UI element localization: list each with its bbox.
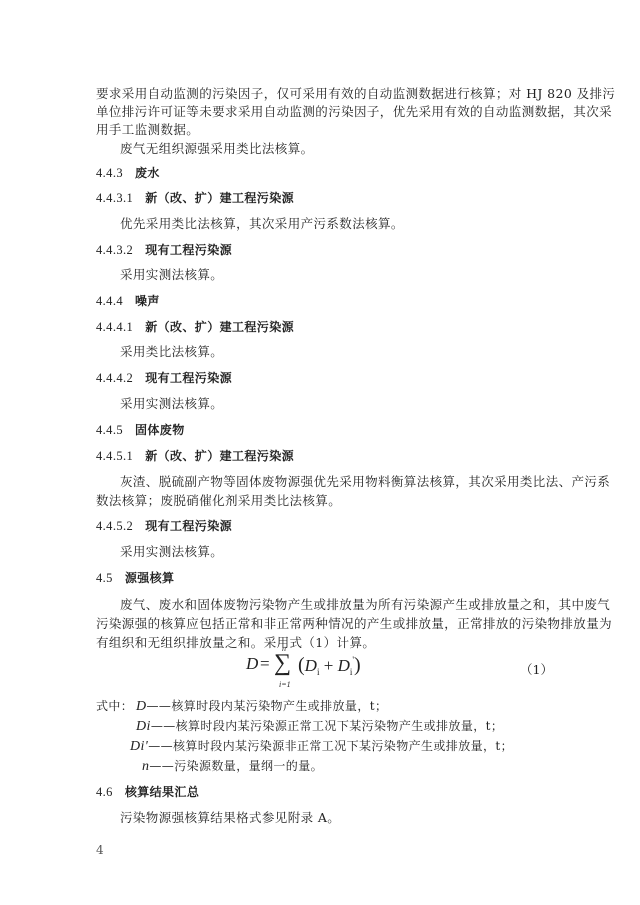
page-number: 4 — [96, 843, 104, 857]
section-body: 采用实测法核算。 — [120, 267, 223, 283]
section-heading-4-4-3-1: 4.4.3.1新（改、扩）建工程污染源 — [96, 190, 294, 206]
section-body: 废气、废水和固体废物污染物产生或排放量为所有污染源产生或排放量之和，其中废气 — [120, 597, 610, 613]
section-body: 采用实测法核算。 — [120, 396, 223, 412]
definition-item: Di——核算时段内某污染源正常工况下某污染物产生或排放量，t； — [136, 718, 503, 735]
paragraph-line: 单位排污许可证等未要求采用自动监测的污染因子，优先采用有效的自动监测数据，其次采 — [96, 104, 612, 120]
section-title: 新（改、扩）建工程污染源 — [145, 320, 294, 334]
section-number: 4.4.5.1 — [96, 449, 133, 463]
paragraph-line: 要求采用自动监测的污染因子，仅可采用有效的自动监测数据进行核算；对 HJ 820… — [96, 86, 615, 102]
section-body: 采用类比法核算。 — [120, 344, 223, 360]
section-heading-4-4-4-1: 4.4.4.1新（改、扩）建工程污染源 — [96, 319, 294, 335]
section-number: 4.4.4.2 — [96, 371, 133, 385]
section-title: 现有工程污染源 — [145, 371, 232, 385]
section-heading-4-4-3-2: 4.4.3.2现有工程污染源 — [96, 242, 232, 258]
section-heading-4-4-4-2: 4.4.4.2现有工程污染源 — [96, 370, 232, 386]
section-heading-4-4-5-1: 4.4.5.1新（改、扩）建工程污染源 — [96, 448, 294, 464]
definitions-intro: 式中： — [96, 698, 133, 714]
formula-lhs: D — [246, 654, 258, 674]
section-number: 4.4.5 — [96, 423, 123, 437]
section-title: 现有工程污染源 — [145, 519, 232, 533]
section-title: 源强核算 — [125, 571, 175, 585]
definition-item: Di'——核算时段内某污染源非正常工况下某污染物产生或排放量，t； — [130, 738, 513, 755]
section-title: 固体废物 — [135, 423, 185, 437]
equation-number: （1） — [520, 660, 553, 678]
section-heading-4-6: 4.6核算结果汇总 — [96, 784, 199, 800]
section-title: 新（改、扩）建工程污染源 — [145, 449, 294, 463]
section-title: 新（改、扩）建工程污染源 — [145, 191, 294, 205]
section-title: 废水 — [135, 166, 160, 180]
section-heading-4-5: 4.5源强核算 — [96, 570, 174, 586]
section-body: 有组织和无组织排放量之和。采用式（1）计算。 — [96, 635, 375, 651]
section-body: 优先采用类比法核算，其次采用产污系数法核算。 — [120, 216, 404, 232]
section-body: 污染物源强核算结果格式参见附录 A。 — [120, 810, 340, 826]
formula-upper-limit: n — [282, 644, 286, 653]
section-number: 4.4.3.1 — [96, 191, 133, 205]
formula-summand: (Di + Di') — [298, 654, 361, 677]
definition-item: n——污染源数量，量纲一的量。 — [142, 758, 323, 775]
section-heading-4-4-4: 4.4.4噪声 — [96, 293, 160, 309]
formula-lower-limit: i=1 — [279, 680, 291, 689]
definition-item: D——核算时段内某污染物产生或排放量，t； — [136, 698, 387, 715]
section-title: 现有工程污染源 — [145, 243, 232, 257]
section-number: 4.4.4.1 — [96, 320, 133, 334]
paragraph-line: 废气无组织源强采用类比法核算。 — [120, 141, 314, 157]
sigma-icon: ∑ — [274, 650, 291, 677]
section-heading-4-4-5: 4.4.5固体废物 — [96, 422, 185, 438]
section-body: 采用实测法核算。 — [120, 544, 223, 560]
section-number: 4.4.3 — [96, 166, 123, 180]
section-title: 噪声 — [135, 294, 160, 308]
section-heading-4-4-3: 4.4.3废水 — [96, 165, 160, 181]
section-body: 数法核算；废脱硝催化剂采用类比法核算。 — [96, 493, 341, 509]
formula-equals: = — [260, 654, 270, 674]
section-number: 4.5 — [96, 571, 113, 585]
section-body: 灰渣、脱硫副产物等固体废物源强优先采用物料衡算法核算，其次采用类比法、产污系 — [120, 474, 610, 490]
section-number: 4.4.3.2 — [96, 243, 133, 257]
section-number: 4.4.5.2 — [96, 519, 133, 533]
section-number: 4.4.4 — [96, 294, 123, 308]
section-body: 污染源强的核算应包括正常和非正常两种情况的产生或排放量，正常排放的污染物排放量为 — [96, 616, 612, 632]
section-title: 核算结果汇总 — [125, 785, 199, 799]
section-number: 4.6 — [96, 785, 113, 799]
paragraph-line: 用手工监测数据。 — [96, 122, 199, 138]
section-heading-4-4-5-2: 4.4.5.2现有工程污染源 — [96, 518, 232, 534]
